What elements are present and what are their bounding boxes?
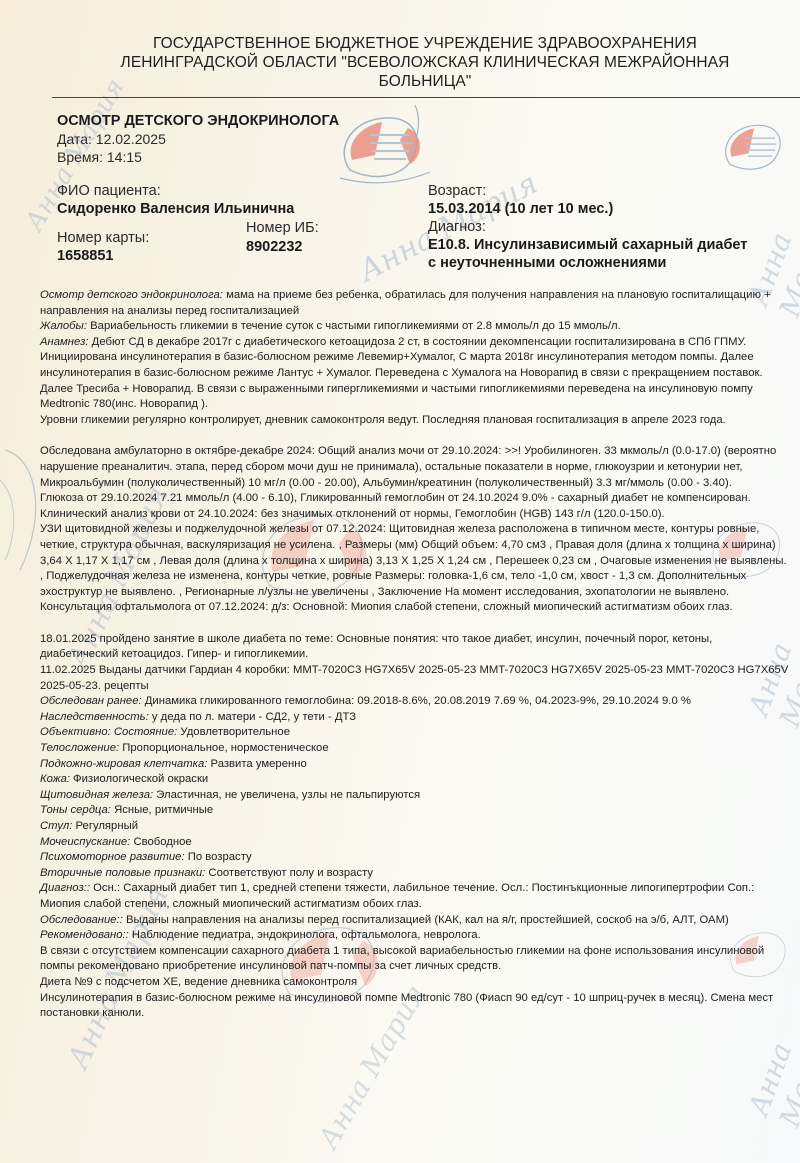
glucose-results: Глюкоза от 29.10.2024 7.21 ммоль/л (4.00… bbox=[40, 491, 792, 522]
heart-tones: Тоны сердца: Ясные, ритмичные bbox=[40, 803, 792, 819]
card-number: 1658851 bbox=[57, 248, 113, 264]
watermark-signature: Анна Мария bbox=[742, 1015, 800, 1131]
exam-date: Дата: 12.02.2025 bbox=[57, 131, 166, 147]
header-line-1: ГОСУДАРСТВЕННОЕ БЮДЖЕТНОЕ УЧРЕЖДЕНИЕ ЗДР… bbox=[60, 34, 790, 53]
header-line-2: ЛЕНИНГРАДСКОЙ ОБЛАСТИ "ВСЕВОЛОЖСКАЯ КЛИН… bbox=[60, 53, 790, 72]
patient-name: Сидоренко Валенсия Ильинична bbox=[57, 201, 294, 217]
anamnesis-section: Анамнез: Дебют СД в декабре 2017г с диаб… bbox=[40, 335, 792, 413]
header-divider bbox=[52, 97, 800, 98]
diabetes-school: 18.01.2025 пройдено занятие в школе диаб… bbox=[40, 632, 792, 663]
watermark-logo-icon bbox=[715, 100, 800, 195]
glycemia-control: Уровни гликемии регулярно контролирует, … bbox=[40, 413, 792, 429]
skin: Кожа: Физиологической окраски bbox=[40, 772, 792, 788]
diagnosis-label: Диагноз: bbox=[428, 219, 486, 235]
exam-body: Осмотр детского эндокринолога: мама на п… bbox=[40, 288, 792, 1022]
recommendations: Рекомендовано:: Наблюдение педиатра, энд… bbox=[40, 928, 792, 944]
ib-number-label: Номер ИБ: bbox=[246, 220, 319, 236]
stool: Стул: Регулярный bbox=[40, 819, 792, 835]
objective-state: Объективно: Состояние: Удовлетворительно… bbox=[40, 725, 792, 741]
header-line-3: БОЛЬНИЦА" bbox=[60, 72, 790, 91]
exam-time: Время: 14:15 bbox=[57, 149, 142, 165]
diagnosis-value-line2: с неуточненными осложнениями bbox=[428, 255, 666, 271]
age-value: 15.03.2014 (10 лет 10 мес.) bbox=[428, 201, 613, 217]
sexual-signs: Вторичные половые признаки: Соответствую… bbox=[40, 866, 792, 882]
insulin-therapy: Инсулинотерапия в базис-болюсном режиме … bbox=[40, 991, 792, 1022]
institution-header: ГОСУДАРСТВЕННОЕ БЮДЖЕТНОЕ УЧРЕЖДЕНИЕ ЗДР… bbox=[60, 34, 790, 91]
patient-name-label: ФИО пациента: bbox=[57, 183, 161, 199]
age-label: Возраст: bbox=[428, 183, 486, 199]
watermark-logo-icon bbox=[330, 100, 450, 195]
thyroid: Щитовидная железа: Эластичная, не увелич… bbox=[40, 788, 792, 804]
diagnosis-value-line1: E10.8. Инсулинзависимый сахарный диабет bbox=[428, 237, 747, 253]
exam-section: Осмотр детского эндокринолога: мама на п… bbox=[40, 288, 792, 319]
pump-recommendation: В связи с отсутствием компенсации сахарн… bbox=[40, 944, 792, 975]
final-diagnosis: Диагноз:: Осн.: Сахарный диабет тип 1, с… bbox=[40, 881, 792, 912]
card-number-label: Номер карты: bbox=[57, 230, 149, 246]
ultrasound-results: УЗИ щитовидной железы и поджелудочной же… bbox=[40, 522, 792, 600]
diet: Диета №9 с подсчетом ХЕ, ведение дневник… bbox=[40, 975, 792, 991]
ib-number: 8902232 bbox=[246, 239, 302, 255]
psychomotor: Психомоторное развитие: По возрасту bbox=[40, 850, 792, 866]
sensors-issued: 11.02.2025 Выданы датчики Гардиан 4 коро… bbox=[40, 663, 792, 694]
subcutaneous-fat: Подкожно-жировая клетчатка: Развита умер… bbox=[40, 757, 792, 773]
outpatient-exam: Обследована амбулаторно в октябре-декабр… bbox=[40, 444, 792, 491]
previous-exam: Обследован ранее: Динамика гликированног… bbox=[40, 694, 792, 710]
examination-ordered: Обследование:: Выданы направления на ана… bbox=[40, 913, 792, 929]
ophthalmology-consult: Консультация офтальмолога от 07.12.2024:… bbox=[40, 600, 792, 616]
heredity: Наследственность: у деда по л. матери - … bbox=[40, 710, 792, 726]
exam-title: ОСМОТР ДЕТСКОГО ЭНДОКРИНОЛОГА bbox=[57, 113, 339, 129]
complaints-section: Жалобы: Вариабельность гликемии в течени… bbox=[40, 319, 792, 335]
medical-document-page: Анна Мария Анна Мария Анна Мария Анна Ма… bbox=[0, 0, 800, 1163]
body-build: Телосложение: Пропорциональное, нормосте… bbox=[40, 741, 792, 757]
urination: Мочеиспускание: Свободное bbox=[40, 835, 792, 851]
